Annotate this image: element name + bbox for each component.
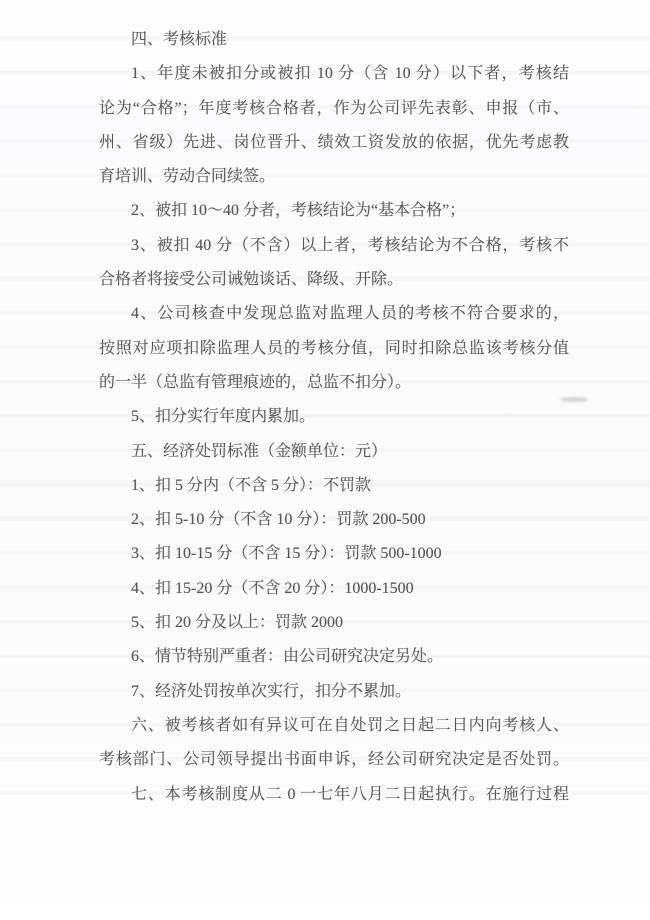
text-line: 4、公司核查中发现总监对监理人员的考核不符合要求的， bbox=[99, 297, 569, 331]
text-line: 6、情节特别严重者：由公司研究决定另处。 bbox=[99, 640, 569, 674]
text-line: 2、扣 5-10 分（不含 10 分）：罚款 200-500 bbox=[99, 503, 569, 537]
text-line: 4、扣 15-20 分（不含 20 分）：1000-1500 bbox=[99, 572, 569, 606]
scanned-document-page: 四、考核标准1、年度未被扣分或被扣 10 分（含 10 分）以下者，考核结论为“… bbox=[0, 0, 650, 920]
text-line: 2、被扣 10～40 分者，考核结论为“基本合格”； bbox=[99, 194, 569, 228]
text-line: 5、扣分实行年度内累加。 bbox=[99, 400, 569, 434]
text-line: 五、经济处罚标准（金额单位：元） bbox=[99, 435, 569, 469]
text-line: 7、经济处罚按单次实行，扣分不累加。 bbox=[99, 675, 569, 709]
text-line: 四、考核标准 bbox=[99, 23, 569, 57]
text-line: 1、扣 5 分内（不含 5 分）：不罚款 bbox=[99, 469, 569, 503]
text-line: 合格者将接受公司诫勉谈话、降级、开除。 bbox=[99, 263, 569, 297]
scan-smudge-artifact bbox=[560, 397, 588, 402]
text-line: 3、被扣 40 分（不含）以上者，考核结论为不合格，考核不 bbox=[99, 229, 569, 263]
text-line: 六、被考核者如有异议可在自处罚之日起二日内向考核人、 bbox=[99, 709, 569, 743]
text-line: 州、省级）先进、岗位晋升、绩效工资发放的依据，优先考虑教 bbox=[99, 126, 569, 160]
text-line: 5、扣 20 分及以上：罚款 2000 bbox=[99, 606, 569, 640]
text-line: 3、扣 10-15 分（不含 15 分）：罚款 500-1000 bbox=[99, 537, 569, 571]
text-line: 育培训、劳动合同续签。 bbox=[99, 160, 569, 194]
text-line: 1、年度未被扣分或被扣 10 分（含 10 分）以下者，考核结 bbox=[99, 57, 569, 91]
text-line: 考核部门、公司领导提出书面申诉，经公司研究决定是否处罚。 bbox=[99, 743, 569, 777]
text-line: 论为“合格”；年度考核合格者，作为公司评先表彰、申报（市、 bbox=[99, 92, 569, 126]
text-line: 七、本考核制度从二 0 一七年八月二日起执行。在施行过程 bbox=[99, 778, 569, 812]
document-lines: 四、考核标准1、年度未被扣分或被扣 10 分（含 10 分）以下者，考核结论为“… bbox=[99, 23, 569, 812]
text-line: 的一半（总监有管理痕迹的，总监不扣分）。 bbox=[99, 366, 569, 400]
text-line: 按照对应项扣除监理人员的考核分值，同时扣除总监该考核分值 bbox=[99, 332, 569, 366]
